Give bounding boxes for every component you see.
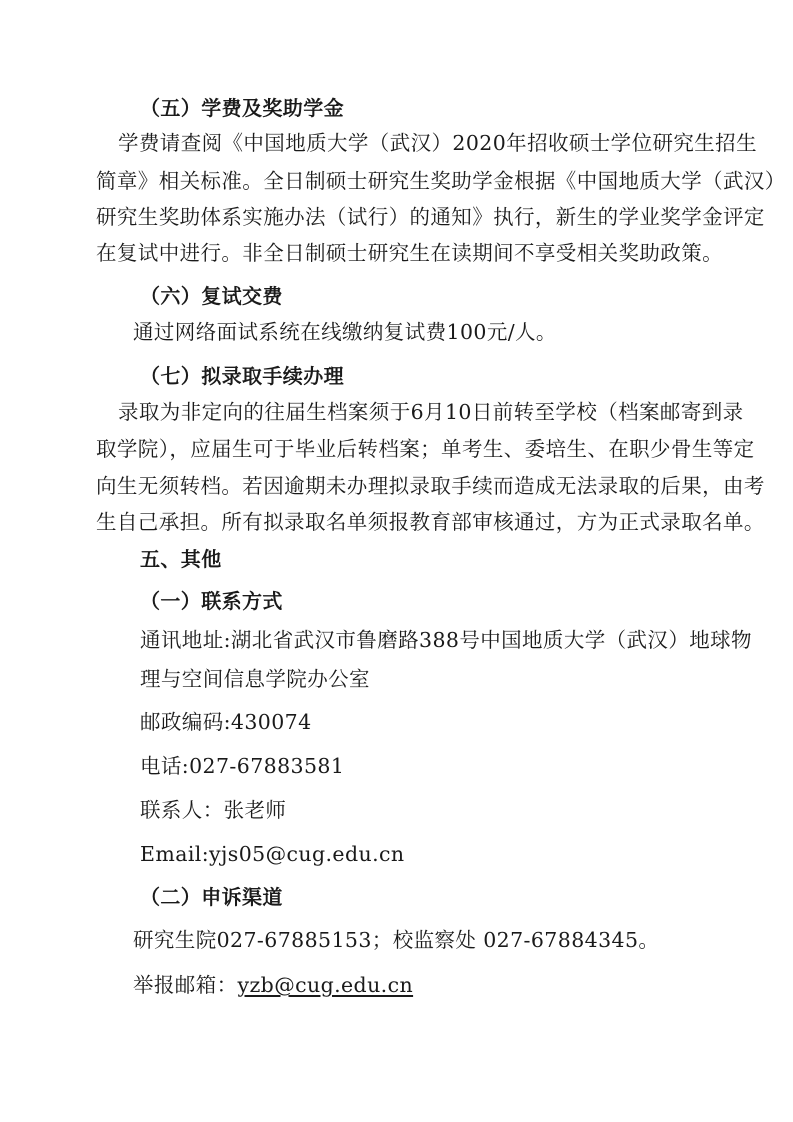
- paragraph-line: 通过网络面试系统在线缴纳复试费100元/人。: [133, 320, 737, 344]
- paragraph-line: 在复试中进行。非全日制硕士研究生在读期间不享受相关奖助政策。: [96, 241, 700, 265]
- contact-address-line2: 理与空间信息学院办公室: [140, 667, 744, 691]
- section-heading-retest-fee: （六）复试交费: [140, 284, 744, 308]
- contact-person: 联系人：张老师: [140, 798, 744, 822]
- contact-address-line1: 通讯地址:湖北省武汉市鲁磨路388号中国地质大学（武汉）地球物: [140, 628, 744, 652]
- section-heading-contact: （一）联系方式: [140, 589, 744, 613]
- contact-postcode: 邮政编码:430074: [140, 710, 744, 734]
- paragraph-line: 取学院），应届生可于毕业后转档案；单考生、委培生、在职少骨生等定: [96, 437, 700, 461]
- report-email-row: 举报邮箱：yzb@cug.edu.cn: [133, 973, 737, 997]
- section-heading-admission-procedure: （七）拟录取手续办理: [140, 364, 744, 388]
- paragraph-line: 生自己承担。所有拟录取名单须报教育部审核通过，方为正式录取名单。: [96, 510, 700, 534]
- section-heading-appeal: （二）申诉渠道: [140, 885, 744, 909]
- paragraph-line: 简章》相关标准。全日制硕士研究生奖助学金根据《中国地质大学（武汉）: [96, 169, 700, 193]
- contact-email: Email:yjs05@cug.edu.cn: [140, 842, 744, 866]
- paragraph-line: 向生无须转档。若因逾期未办理拟录取手续而造成无法录取的后果，由考: [96, 474, 700, 498]
- section-heading-tuition: （五）学费及奖助学金: [140, 96, 744, 120]
- paragraph-line: 录取为非定向的往届生档案须于6月10日前转至学校（档案邮寄到录: [118, 400, 700, 424]
- paragraph-line: 学费请查阅《中国地质大学（武汉）2020年招收硕士学位研究生招生: [118, 131, 700, 155]
- appeal-phones: 研究生院027-67885153；校监察处 027-67884345。: [133, 928, 737, 952]
- paragraph-line: 研究生奖助体系实施办法（试行）的通知》执行，新生的学业奖学金评定: [96, 205, 700, 229]
- part-heading-other: 五、其他: [140, 547, 744, 571]
- contact-phone: 电话:027-67883581: [140, 754, 744, 778]
- report-email-label: 举报邮箱：: [133, 973, 238, 997]
- report-email-link[interactable]: yzb@cug.edu.cn: [238, 973, 414, 997]
